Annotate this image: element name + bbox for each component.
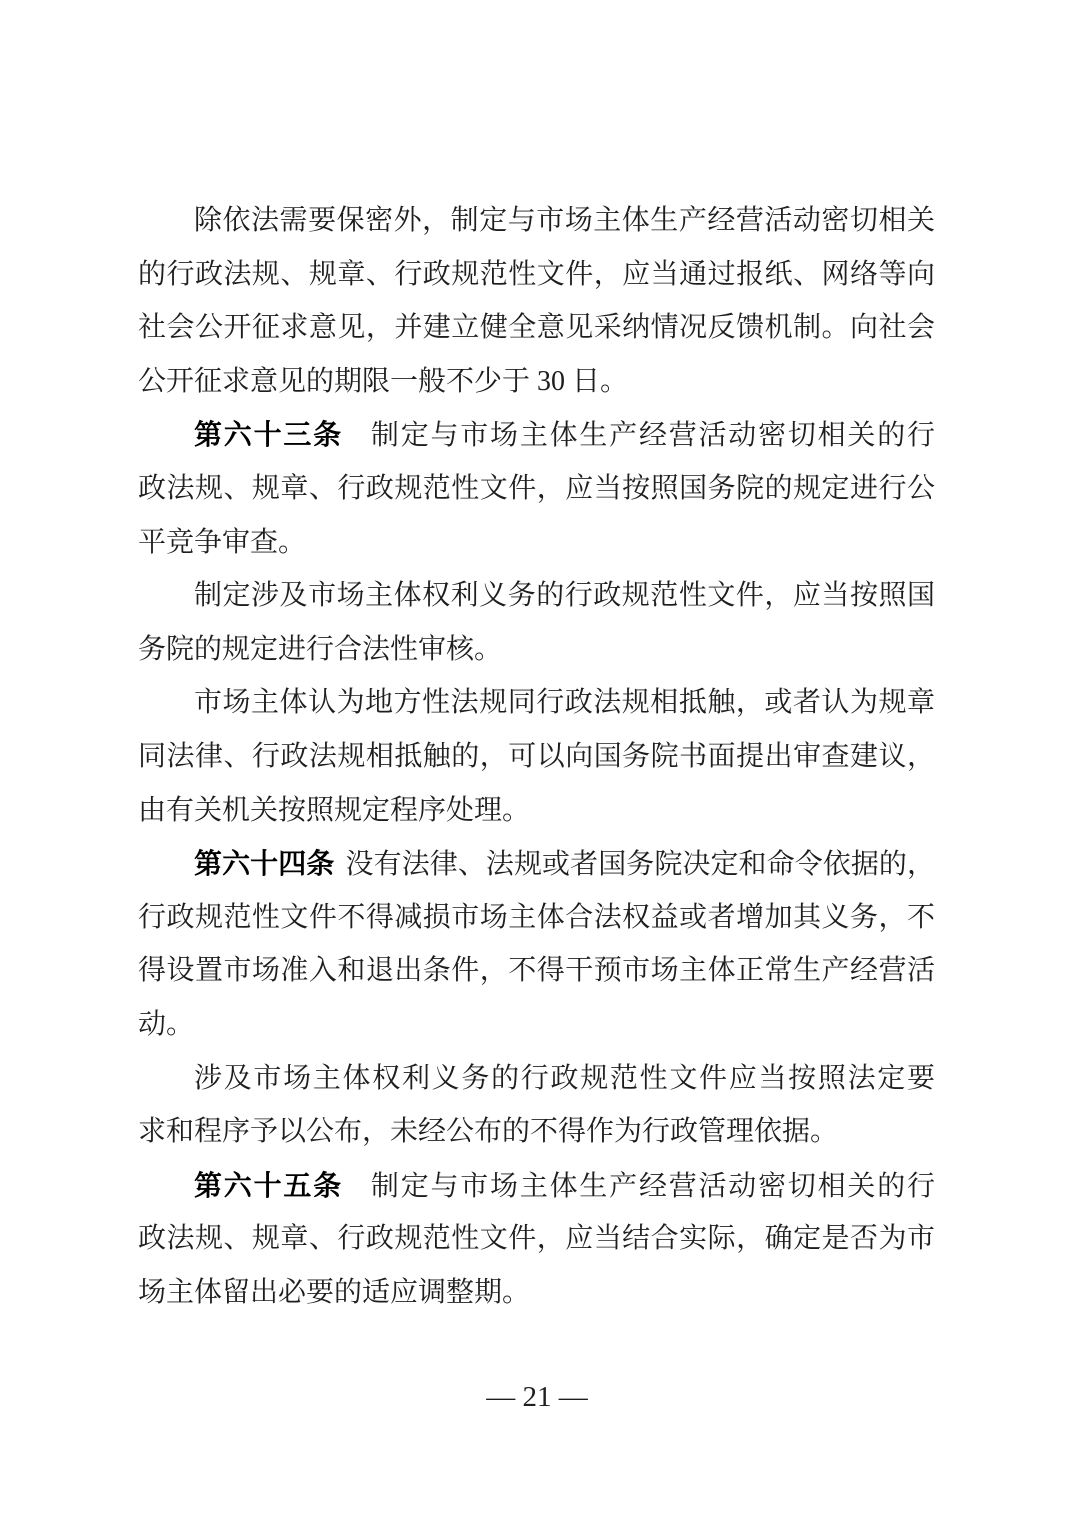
text-line: 务院的规定进行合法性审核。 bbox=[138, 623, 935, 677]
document-page: 除依法需要保密外，制定与市场主体生产经营活动密切相关 的行政法规、规章、行政规范… bbox=[0, 0, 1074, 1520]
text-line: 除依法需要保密外，制定与市场主体生产经营活动密切相关 bbox=[138, 194, 935, 248]
page-number: — 21 — bbox=[0, 1380, 1074, 1414]
text-line: 第六十五条制定与市场主体生产经营活动密切相关的行 bbox=[138, 1159, 935, 1213]
article-number-63: 第六十三条 bbox=[194, 419, 343, 450]
article-number-64: 第六十四条 bbox=[194, 848, 334, 879]
text-line: 第六十四条没有法律、法规或者国务院决定和命令依据的， bbox=[138, 837, 935, 891]
text-line: 平竞争审查。 bbox=[138, 516, 935, 570]
text-line: 政法规、规章、行政规范性文件，应当按照国务院的规定进行公 bbox=[138, 462, 935, 516]
article-text: 制定与市场主体生产经营活动密切相关的行 bbox=[371, 420, 935, 451]
paragraph-article-63: 第六十三条制定与市场主体生产经营活动密切相关的行 政法规、规章、行政规范性文件，… bbox=[138, 408, 935, 569]
text-line: 由有关机关按照规定程序处理。 bbox=[138, 784, 935, 838]
article-text: 没有法律、法规或者国务院决定和命令依据的， bbox=[346, 849, 935, 880]
paragraph-publication-requirement: 涉及市场主体权利义务的行政规范性文件应当按照法定要 求和程序予以公布，未经公布的… bbox=[138, 1052, 935, 1159]
text-line: 市场主体认为地方性法规同行政法规相抵触，或者认为规章 bbox=[138, 676, 935, 730]
text-line: 涉及市场主体权利义务的行政规范性文件应当按照法定要 bbox=[138, 1052, 935, 1106]
text-line: 行政规范性文件不得减损市场主体合法权益或者增加其义务，不 bbox=[138, 891, 935, 945]
article-number-65: 第六十五条 bbox=[194, 1170, 343, 1201]
text-line: 第六十三条制定与市场主体生产经营活动密切相关的行 bbox=[138, 408, 935, 462]
article-text: 制定与市场主体生产经营活动密切相关的行 bbox=[371, 1171, 935, 1202]
paragraph-legality-review: 制定涉及市场主体权利义务的行政规范性文件，应当按照国 务院的规定进行合法性审核。 bbox=[138, 569, 935, 676]
text-line: 动。 bbox=[138, 998, 935, 1052]
document-body: 除依法需要保密外，制定与市场主体生产经营活动密切相关 的行政法规、规章、行政规范… bbox=[138, 194, 935, 1319]
text-line: 政法规、规章、行政规范性文件，应当结合实际，确定是否为市 bbox=[138, 1212, 935, 1266]
paragraph-public-consultation: 除依法需要保密外，制定与市场主体生产经营活动密切相关 的行政法规、规章、行政规范… bbox=[138, 194, 935, 408]
paragraph-review-suggestion: 市场主体认为地方性法规同行政法规相抵触，或者认为规章 同法律、行政法规相抵触的，… bbox=[138, 676, 935, 837]
paragraph-article-65: 第六十五条制定与市场主体生产经营活动密切相关的行 政法规、规章、行政规范性文件，… bbox=[138, 1159, 935, 1320]
text-line: 得设置市场准入和退出条件，不得干预市场主体正常生产经营活 bbox=[138, 944, 935, 998]
text-line: 同法律、行政法规相抵触的，可以向国务院书面提出审查建议， bbox=[138, 730, 935, 784]
text-line: 场主体留出必要的适应调整期。 bbox=[138, 1266, 935, 1320]
text-line: 的行政法规、规章、行政规范性文件，应当通过报纸、网络等向 bbox=[138, 248, 935, 302]
text-line: 制定涉及市场主体权利义务的行政规范性文件，应当按照国 bbox=[138, 569, 935, 623]
text-line: 社会公开征求意见，并建立健全意见采纳情况反馈机制。向社会 bbox=[138, 301, 935, 355]
text-line: 求和程序予以公布，未经公布的不得作为行政管理依据。 bbox=[138, 1105, 935, 1159]
paragraph-article-64: 第六十四条没有法律、法规或者国务院决定和命令依据的， 行政规范性文件不得减损市场… bbox=[138, 837, 935, 1051]
text-line: 公开征求意见的期限一般不少于 30 日。 bbox=[138, 355, 935, 409]
